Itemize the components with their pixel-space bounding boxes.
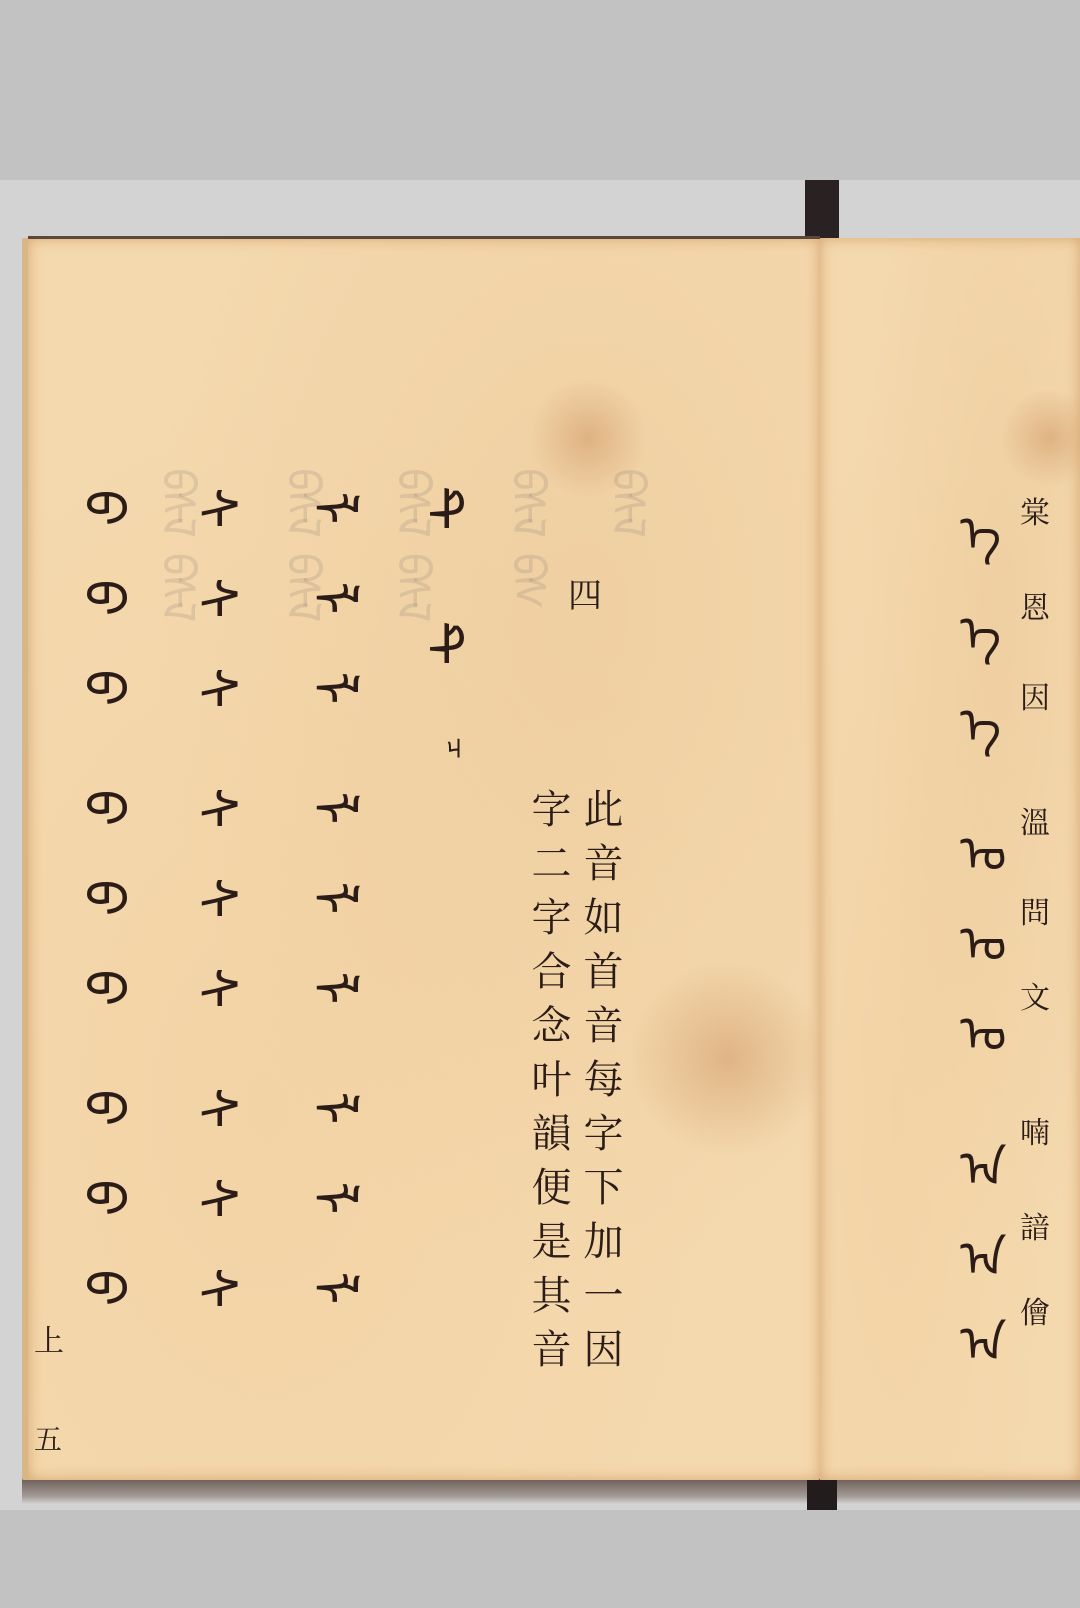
manchu-glyph: ᠯ bbox=[298, 1168, 358, 1228]
annotation-column-1: 此音如首音每字下加一因 bbox=[580, 788, 620, 1382]
manchu-glyph: ᠰ bbox=[183, 568, 243, 628]
manchu-glyph: ᠯ bbox=[298, 1258, 358, 1318]
manchu-glyph: ᠠ bbox=[960, 1288, 1006, 1376]
manchu-glyph: ᠴ bbox=[410, 718, 470, 778]
manchu-glyph: ᠯ bbox=[298, 1078, 358, 1138]
manchu-glyph: ᡝ bbox=[960, 478, 1001, 566]
manchu-column-4: ᠪ ᠪ ᠪ ᠪ ᠪ ᠪ ᠪ ᠪ ᠪ bbox=[70, 463, 130, 1333]
bleed-through-text: ᠪᠰᠯ ᠪᠰ bbox=[488, 468, 568, 610]
stain bbox=[628, 958, 828, 1158]
spine-strap-bottom bbox=[807, 1478, 837, 1510]
manchu-glyph: ᠰ bbox=[183, 478, 243, 538]
manchu-glyph: ᡨ bbox=[410, 613, 470, 673]
manchu-glyph: ᠪ bbox=[70, 1168, 130, 1228]
manchu-glyph: ᡝ bbox=[960, 670, 1001, 758]
manchu-glyph: ᠰ bbox=[183, 868, 243, 928]
gloss-character: 文 bbox=[1020, 973, 1050, 1017]
gloss-character: 因 bbox=[1020, 673, 1050, 717]
gloss-character: 喃 bbox=[1020, 1108, 1050, 1152]
manchu-glyph: ᠯ bbox=[298, 478, 358, 538]
manchu-glyph: ᠰ bbox=[183, 1078, 243, 1138]
gloss-character: 諳 bbox=[1020, 1203, 1050, 1247]
manchu-glyph: ᠣ bbox=[960, 888, 1007, 976]
folio-number: 五 bbox=[34, 1418, 62, 1458]
right-page: ᡝ 棠 ᡝ 恩 ᡝ 因 ᠣ 溫 ᠣ 問 ᠣ 文 ᠠ 喃 ᠠ 諳 ᠠ 儈 bbox=[820, 238, 1080, 1480]
manchu-glyph: ᠪ bbox=[70, 658, 130, 718]
left-page: ᠪᠰᠯ ᠪᠰᠯ ᠪᠰᠯ ᠪᠰᠯ ᠪᠰᠯ ᠪᠰᠯ ᠪᠰᠯ ᠪᠰ ᠪᠰᠯ 此音如首音… bbox=[22, 238, 820, 1480]
manchu-glyph: ᠯ bbox=[298, 958, 358, 1018]
manchu-glyph: ᠰ bbox=[183, 1258, 243, 1318]
manchu-glyph: ᠣ bbox=[960, 798, 1007, 886]
manchu-glyph: ᠠ bbox=[960, 1113, 1006, 1201]
manchu-glyph: ᠯ bbox=[298, 778, 358, 838]
page-top-edge bbox=[28, 236, 820, 239]
manchu-glyph: ᠪ bbox=[70, 958, 130, 1018]
gloss-character: 儈 bbox=[1020, 1288, 1050, 1332]
gloss-character: 問 bbox=[1020, 888, 1050, 932]
stain bbox=[1000, 388, 1080, 488]
manchu-column-3: ᠰ ᠰ ᠰ ᠰ ᠰ ᠰ ᠰ ᠰ ᠰ bbox=[183, 463, 243, 1333]
manchu-glyph: ᡨ bbox=[410, 478, 470, 538]
manchu-glyph: ᠪ bbox=[70, 478, 130, 538]
manchu-glyph: ᠪ bbox=[70, 1078, 130, 1138]
manchu-glyph: ᠰ bbox=[183, 778, 243, 838]
spine-strap-top bbox=[805, 180, 839, 240]
manchu-glyph: ᠪ bbox=[70, 778, 130, 838]
manchu-glyph: ᠪ bbox=[70, 1258, 130, 1318]
gloss-character: 恩 bbox=[1020, 583, 1050, 627]
manchu-glyph: ᠰ bbox=[183, 658, 243, 718]
manchu-glyph: ᠪ bbox=[70, 568, 130, 628]
manchu-column-2: ᠯ ᠯ ᠯ ᠯ ᠯ ᠯ ᠯ ᠯ ᠯ bbox=[298, 463, 358, 1333]
bleed-through-text: ᠪᠰᠯ bbox=[588, 468, 668, 538]
page-shadow bbox=[22, 1478, 1080, 1504]
gloss-character: 溫 bbox=[1020, 798, 1050, 842]
annotation-column-2: 字二字合念叶韻便是其音 bbox=[528, 788, 568, 1382]
manchu-glyph: ᠰ bbox=[183, 1168, 243, 1228]
manchu-column-1: ᡨ ᡨ ᠴ bbox=[410, 463, 470, 793]
manchu-glyph: ᠯ bbox=[298, 568, 358, 628]
manchu-glyph: ᠪ bbox=[70, 868, 130, 928]
margin-mark: 上 bbox=[34, 1316, 64, 1360]
manchu-glyph: ᠯ bbox=[298, 868, 358, 928]
section-numeral: 四 bbox=[568, 568, 602, 617]
manchu-glyph: ᠯ bbox=[298, 658, 358, 718]
manchu-glyph: ᠰ bbox=[183, 958, 243, 1018]
manchu-glyph: ᠣ bbox=[960, 978, 1007, 1066]
manchu-glyph: ᡝ bbox=[960, 578, 1001, 666]
gloss-character: 棠 bbox=[1020, 488, 1050, 532]
manchu-glyph: ᠠ bbox=[960, 1203, 1006, 1291]
